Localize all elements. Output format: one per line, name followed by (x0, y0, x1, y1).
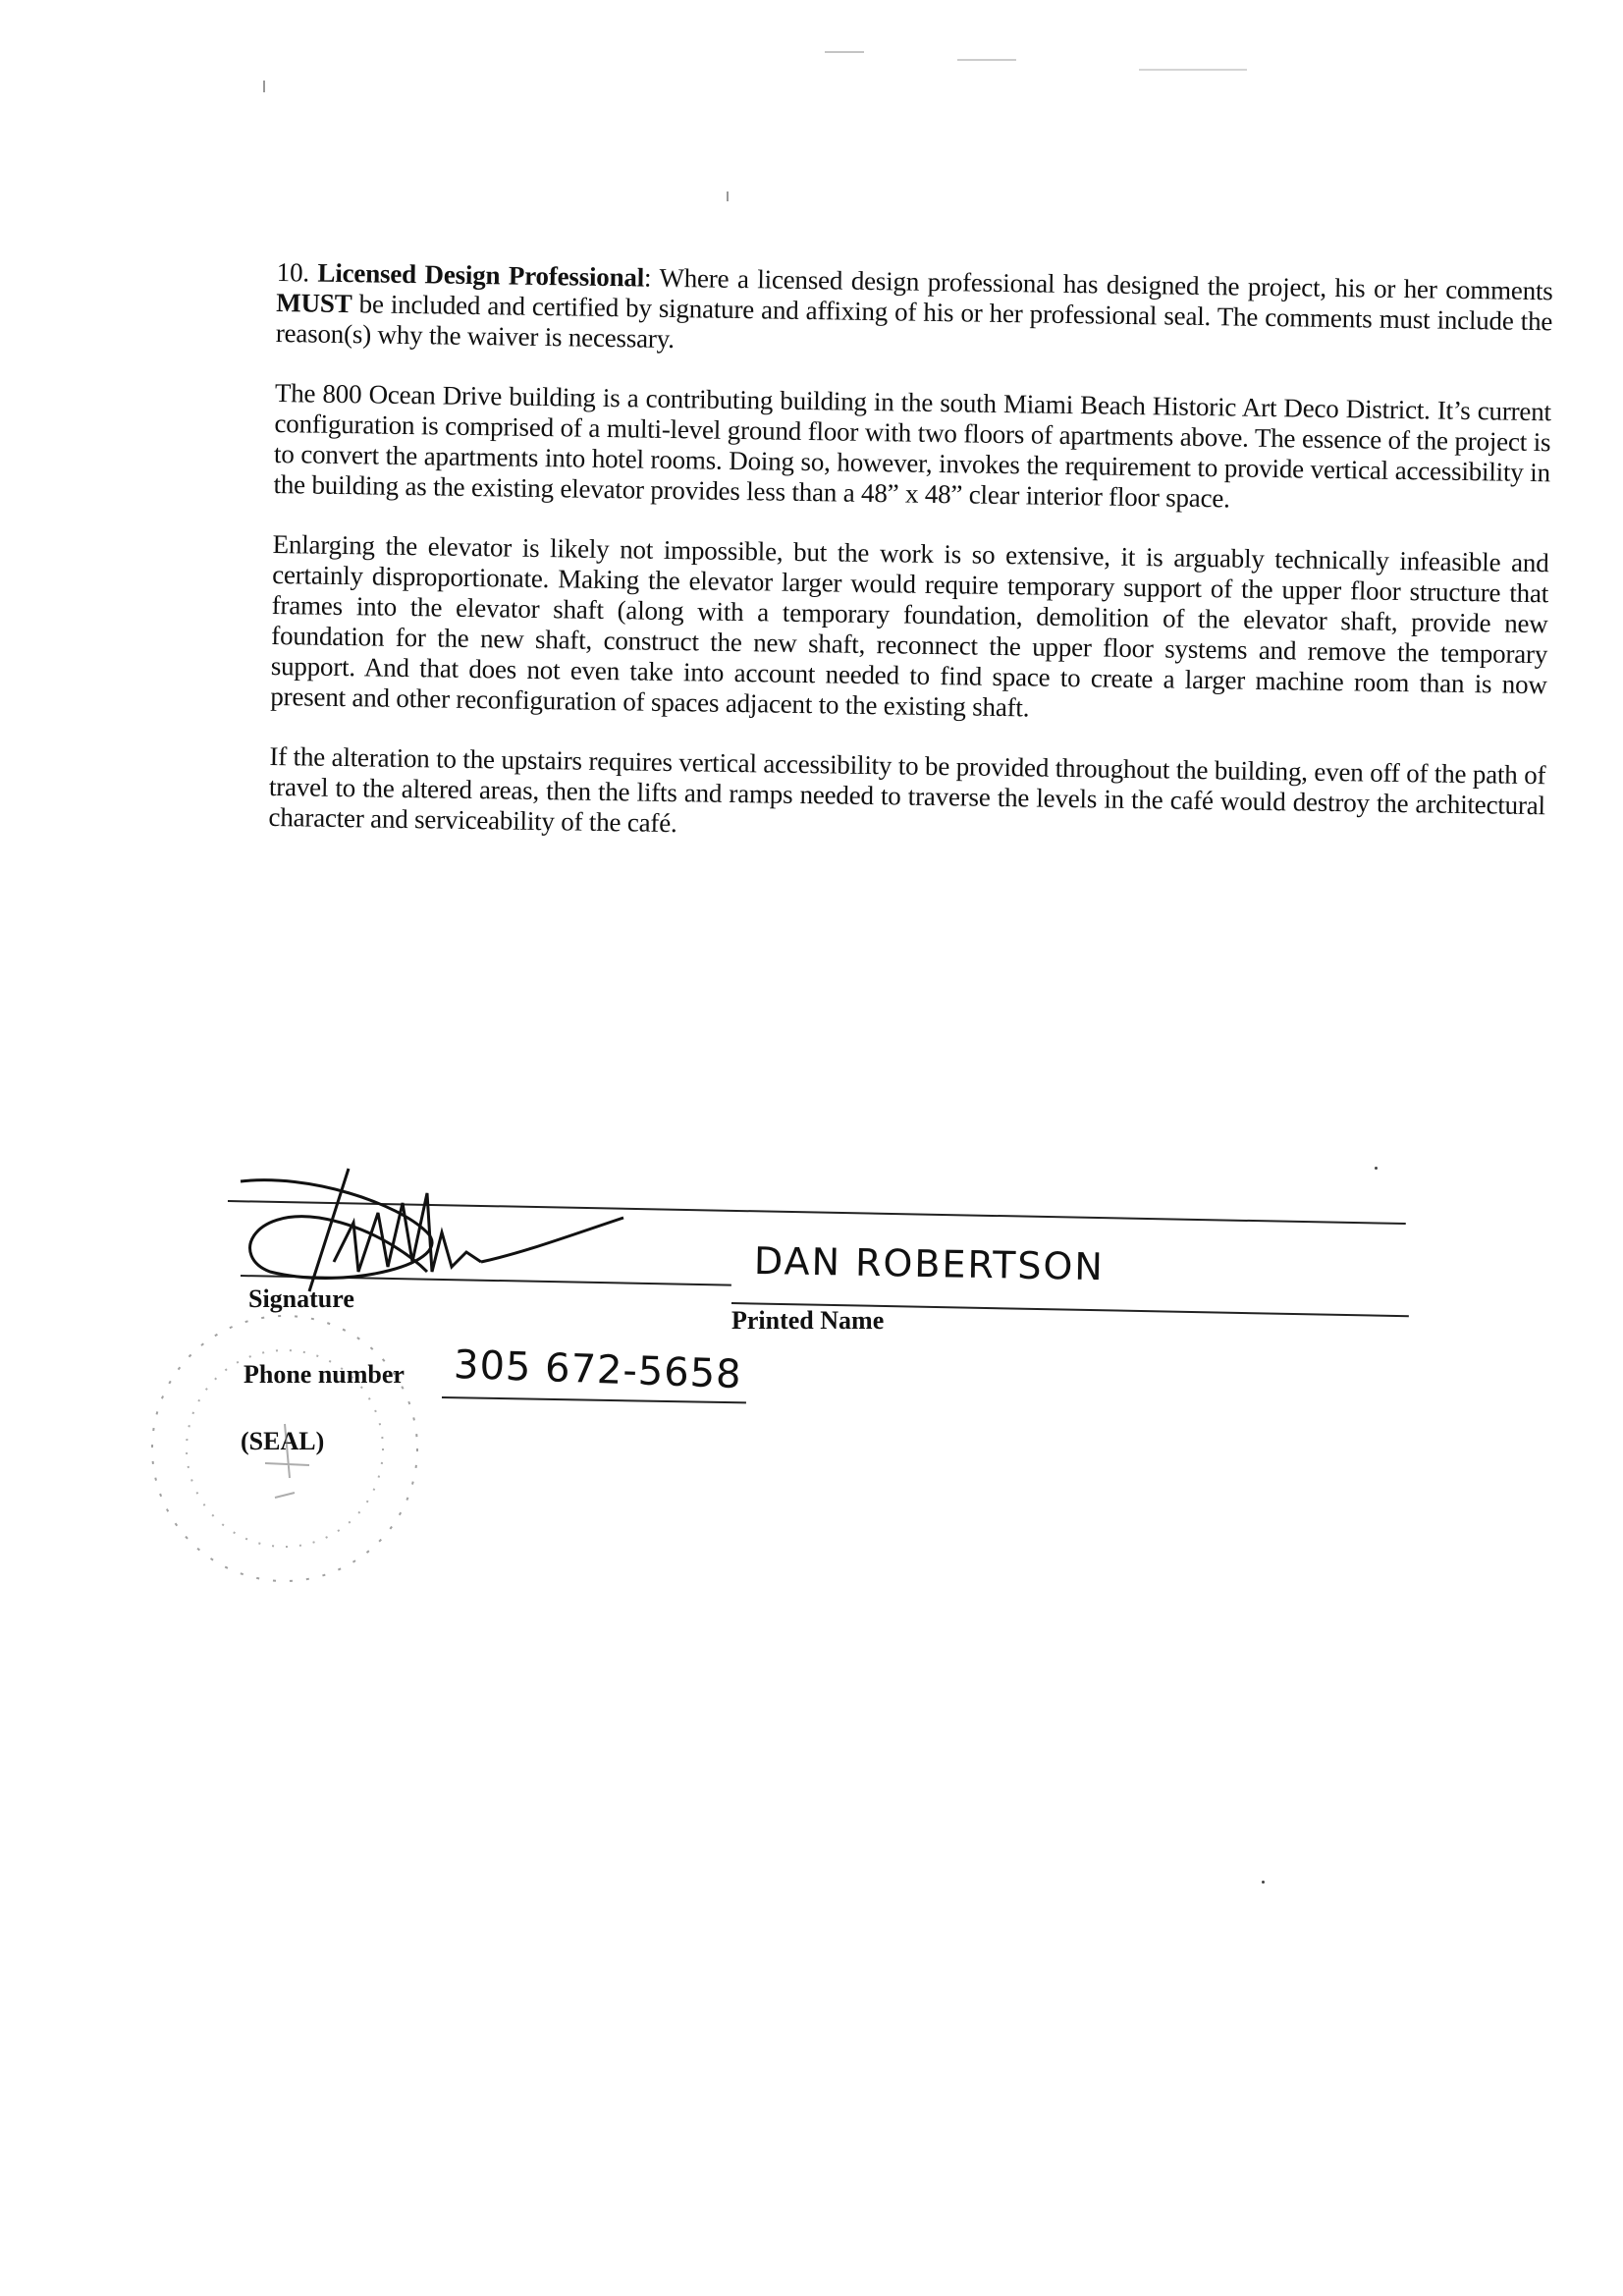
handwritten-signature (231, 1164, 653, 1296)
paragraph-elevator-enlargement: Enlarging the elevator is likely not imp… (270, 529, 1549, 731)
phone-number-line (442, 1396, 746, 1403)
printed-name-label: Printed Name (731, 1306, 884, 1336)
section-heading: Licensed Design Professional (317, 258, 644, 293)
scan-noise (263, 81, 265, 92)
professional-seal-impression (137, 1306, 461, 1601)
scan-speck (1262, 1881, 1265, 1884)
scan-noise (957, 59, 1016, 61)
scan-noise (1139, 69, 1247, 71)
scan-speck (1375, 1167, 1378, 1170)
phone-number-value: 305 672-5658 (453, 1342, 742, 1397)
scan-noise (727, 191, 729, 201)
must-emphasis: MUST (276, 288, 352, 318)
paragraph-building-description: The 800 Ocean Drive building is a contri… (273, 378, 1551, 519)
section-number: 10. (277, 257, 310, 287)
paragraph-vertical-accessibility: If the alteration to the upstairs requir… (268, 741, 1545, 851)
scan-noise (825, 51, 864, 53)
scanned-page: 10. Licensed Design Professional: Where … (0, 0, 1623, 2296)
printed-name-value: DAN ROBERTSON (754, 1239, 1106, 1288)
section-10-paragraph: 10. Licensed Design Professional: Where … (276, 257, 1553, 367)
document-body: 10. Licensed Design Professional: Where … (268, 257, 1553, 881)
